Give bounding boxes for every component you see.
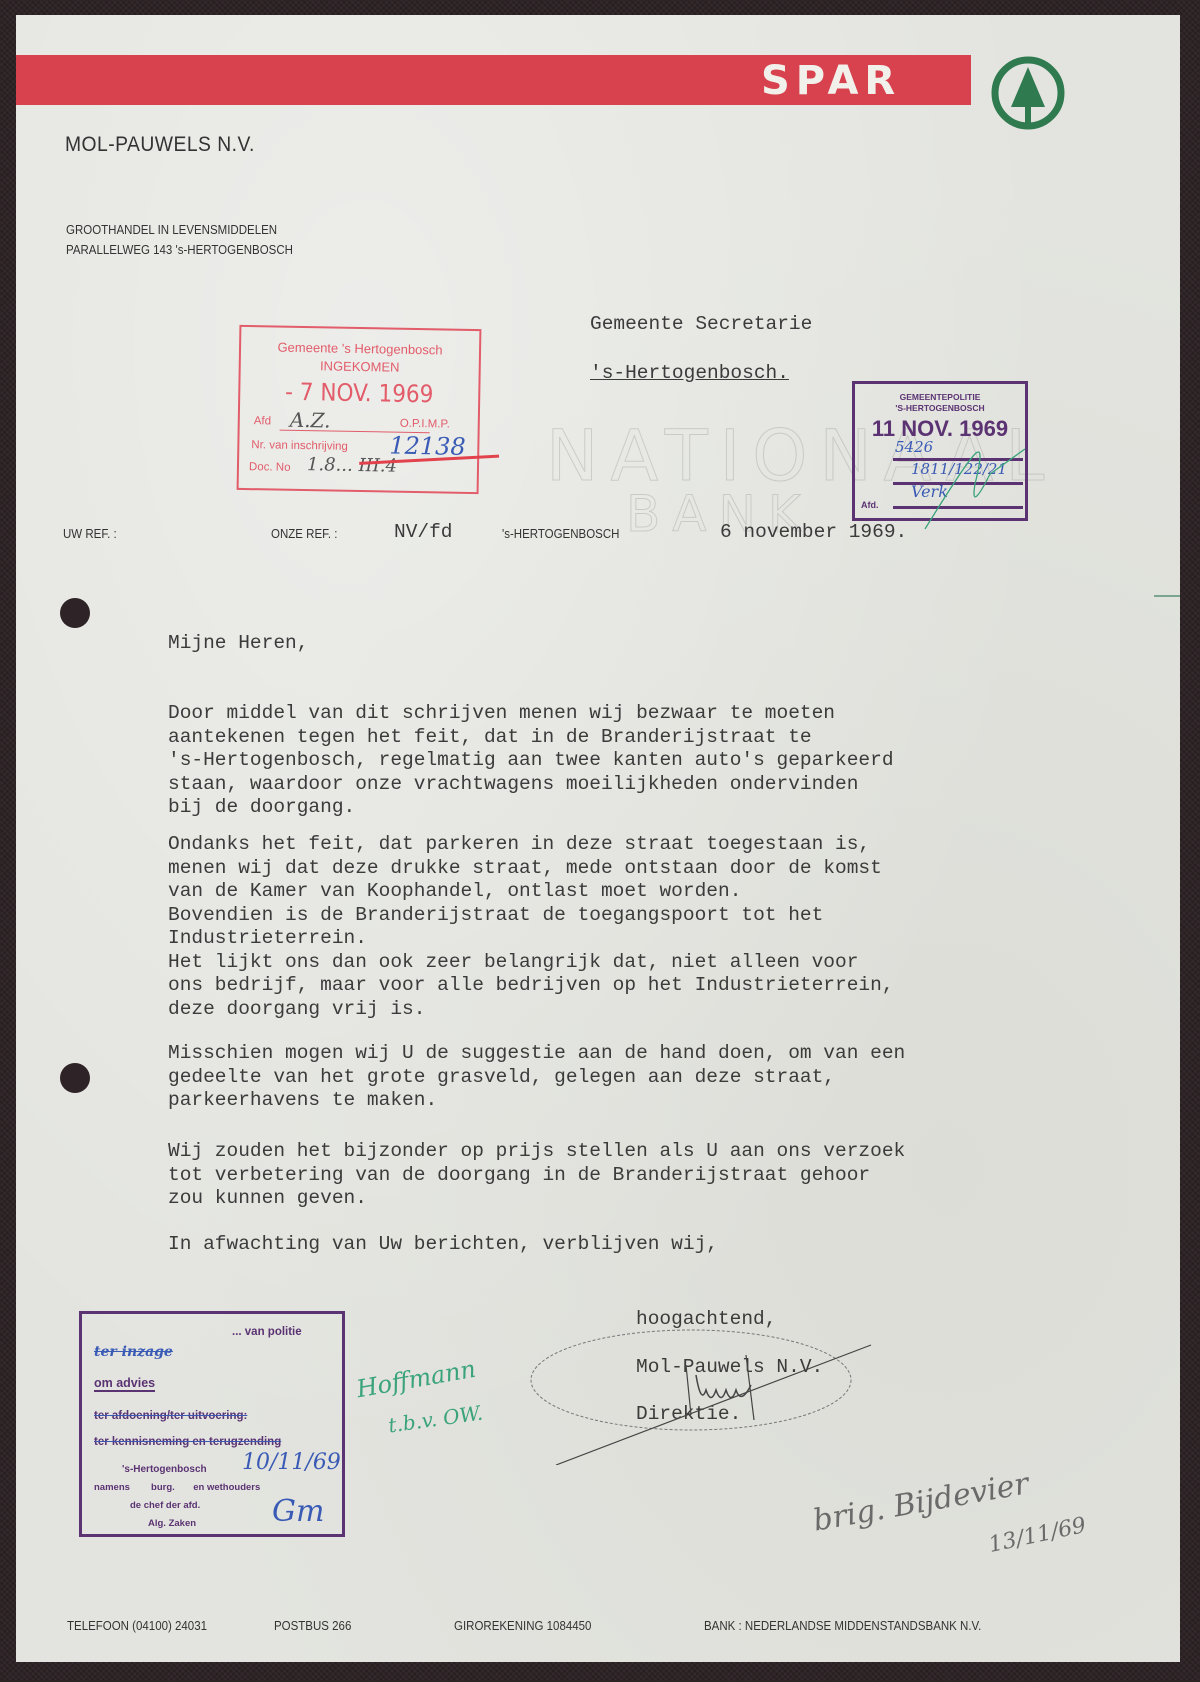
police-stamp-line2: 'S-HERTOGENBOSCH	[855, 403, 1025, 413]
company-name: MOL-PAUWELS N.V.	[65, 133, 255, 157]
received-stamp: Gemeente 's Hertogenbosch INGEKOMEN - 7 …	[237, 325, 482, 494]
advice-line9: Alg. Zaken	[148, 1518, 196, 1529]
advice-place: 's-Hertogenbosch	[122, 1464, 207, 1475]
advice-line3: om advies	[94, 1376, 155, 1392]
brand-name: SPAR	[761, 59, 971, 103]
pencil-note: brig. Bijdevier	[811, 1466, 1032, 1538]
footer-postbus: POSTBUS 266	[274, 1619, 351, 1633]
stamp-doc-value: 1.8... III.4	[307, 454, 397, 477]
salutation: Mijne Heren,	[168, 632, 308, 656]
spar-tree-logo-icon	[990, 55, 1066, 131]
police-stamp-line1: GEMEENTEPOLITIE	[855, 392, 1025, 402]
stamp-afd-label: Afd	[254, 415, 271, 427]
advice-line1: ... van politie	[232, 1326, 302, 1338]
uw-ref-label: UW REF. :	[63, 527, 117, 541]
punch-hole-top	[60, 598, 90, 628]
company-business: GROOTHANDEL IN LEVENSMIDDELEN	[66, 223, 277, 237]
paragraph-4: Wij zouden het bijzonder op prijs stelle…	[168, 1140, 905, 1211]
paragraph-1: Door middel van dit schrijven menen wij …	[168, 702, 894, 820]
paragraph-2: Ondanks het feit, dat parkeren in deze s…	[168, 833, 894, 1021]
police-stamp: GEMEENTEPOLITIE 'S-HERTOGENBOSCH 11 NOV.…	[852, 381, 1028, 521]
police-stamp-date: 11 NOV. 1969	[855, 416, 1025, 442]
company-address: PARALLELWEG 143 's-HERTOGENBOSCH	[66, 243, 293, 257]
footer-bank: BANK : NEDERLANDSE MIDDENSTANDSBANK N.V.	[704, 1619, 981, 1633]
addressee-period: .	[777, 362, 789, 384]
advice-line4: ter afdoening/ter uitvoering:	[94, 1410, 247, 1422]
punch-hole-bottom	[60, 1063, 90, 1093]
green-check-mark-icon	[915, 444, 1035, 534]
stamp-afd-value: A.Z.	[290, 408, 331, 433]
addressee-line2: 's-Hertogenbosch.	[590, 362, 789, 384]
addressee-line1: Gemeente Secretarie	[590, 313, 812, 335]
advice-date-hand: 10/11/69	[242, 1450, 341, 1475]
green-edge-mark	[1154, 595, 1180, 597]
paragraph-3: Misschien mogen wij U de suggestie aan d…	[168, 1042, 905, 1113]
stamp-municipality: Gemeente 's Hertogenbosch	[241, 339, 479, 358]
stamp-inschrijving-label: Nr. van inschrijving	[251, 439, 348, 453]
signature-scribble-icon	[526, 1325, 896, 1465]
letter-page: NATIONAAL BANK SPAR MOL-PAUWELS N.V. GRO…	[16, 15, 1180, 1662]
stamp-op-label: O.P.I.M.P.	[400, 418, 450, 431]
stamp-received-date: - 7 NOV. 1969	[240, 377, 478, 409]
advice-line7: namens burg. en wethouders	[94, 1482, 260, 1493]
advice-stamp: ... van politie ter inzage om advies ter…	[79, 1311, 345, 1537]
advice-initials: Gm	[272, 1494, 324, 1529]
paragraph-closing-sentence: In afwachting van Uw berichten, verblijv…	[168, 1233, 718, 1257]
advice-line2-struck: ter inzage	[94, 1344, 173, 1360]
onze-ref-value: NV/fd	[394, 521, 453, 543]
stamp-ingekomen: INGEKOMEN	[241, 357, 479, 376]
addressee-city: 's-Hertogenbosch	[590, 362, 777, 384]
place-label: 's-HERTOGENBOSCH	[502, 527, 619, 541]
pencil-date: 13/11/69	[986, 1513, 1088, 1558]
onze-ref-label: ONZE REF. :	[271, 527, 337, 541]
footer-telephone: TELEFOON (04100) 24031	[67, 1619, 207, 1633]
advice-line8: de chef der afd.	[130, 1500, 200, 1511]
letter-date: 6 november 1969.	[720, 521, 907, 543]
footer-giro: GIROREKENING 1084450	[454, 1619, 591, 1633]
advice-line5: ter kennisneming en terugzending	[94, 1436, 281, 1448]
stamp-doc-label: Doc. No	[249, 461, 291, 474]
police-afd-label: Afd.	[861, 500, 879, 510]
green-note-line1: Hoffmann	[354, 1355, 477, 1403]
green-note-line2: t.b.v. OW.	[387, 1401, 484, 1438]
